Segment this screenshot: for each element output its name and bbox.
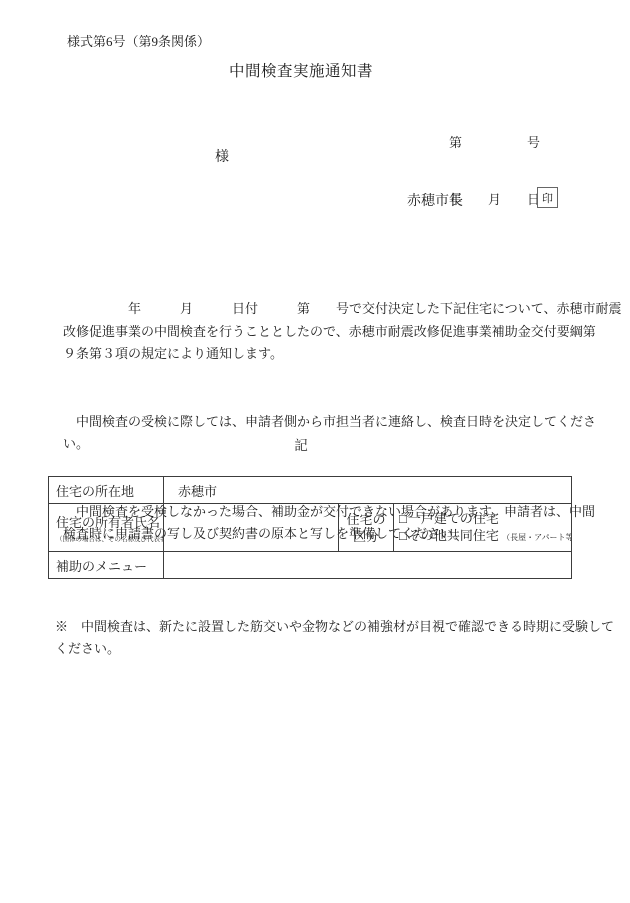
option-detached-house-label: 一戸建ての住宅 [408, 511, 499, 526]
owner-label: 住宅の所有者氏名 [56, 512, 163, 531]
table-row-owner: 住宅の所有者氏名 （団体の場合は、その名称及び代表者氏名） 住宅の 区分 □一戸… [49, 504, 572, 552]
document-title: 中間検査実施通知書 [0, 59, 602, 81]
housing-category-label: 住宅の 区分 [339, 504, 394, 552]
subsidy-menu-field[interactable] [164, 552, 572, 579]
addressee-honorific: 様 [215, 146, 229, 166]
checkbox-icon: □ [399, 528, 407, 543]
document-number-line: 第 号 [449, 133, 540, 152]
owner-label-cell: 住宅の所有者氏名 （団体の場合は、その名称及び代表者氏名） [49, 504, 164, 552]
owner-name-field[interactable] [164, 504, 339, 552]
table-row-subsidy-menu: 補助のメニュー [49, 552, 572, 579]
option-detached-house[interactable]: □一戸建ての住宅 [399, 510, 571, 527]
document-page: 様式第6号（第9条関係） 中間検査実施通知書 第 号 年 月 日 様 赤穂市長 … [0, 0, 630, 903]
location-value: 赤穂市 [164, 477, 572, 504]
option-shared-house[interactable]: □その他共同住宅 （長屋・アパート等） [399, 527, 571, 546]
seal-mark: 印 [542, 190, 553, 206]
form-number: 様式第6号（第9条関係） [67, 31, 210, 50]
sender-name: 赤穂市長 [407, 190, 463, 210]
seal-box: 印 [537, 187, 558, 208]
location-label: 住宅の所在地 [49, 477, 164, 504]
option-shared-house-note: （長屋・アパート等） [502, 533, 571, 542]
subsidy-menu-label: 補助のメニュー [49, 552, 164, 579]
owner-label-note: （団体の場合は、その名称及び代表者氏名） [56, 534, 163, 543]
checkbox-icon: □ [399, 511, 407, 526]
paragraph-grant-decision: 年 月 日付 第 号で交付決定した下記住宅について、赤穂市耐震 改修促進事業の中… [63, 298, 621, 366]
document-number-block: 第 号 年 月 日 [449, 95, 540, 247]
option-shared-house-label: その他共同住宅 [408, 528, 499, 543]
housing-category-options: □一戸建ての住宅 □その他共同住宅 （長屋・アパート等） [394, 504, 572, 552]
record-marker: 記 [0, 434, 602, 454]
property-table: 住宅の所在地 赤穂市 住宅の所有者氏名 （団体の場合は、その名称及び代表者氏名）… [48, 476, 572, 579]
table-row-location: 住宅の所在地 赤穂市 [49, 477, 572, 504]
footnote: ※ 中間検査は、新たに設置した筋交いや金物などの補強材が目視で確認できる時期に受… [55, 616, 614, 659]
